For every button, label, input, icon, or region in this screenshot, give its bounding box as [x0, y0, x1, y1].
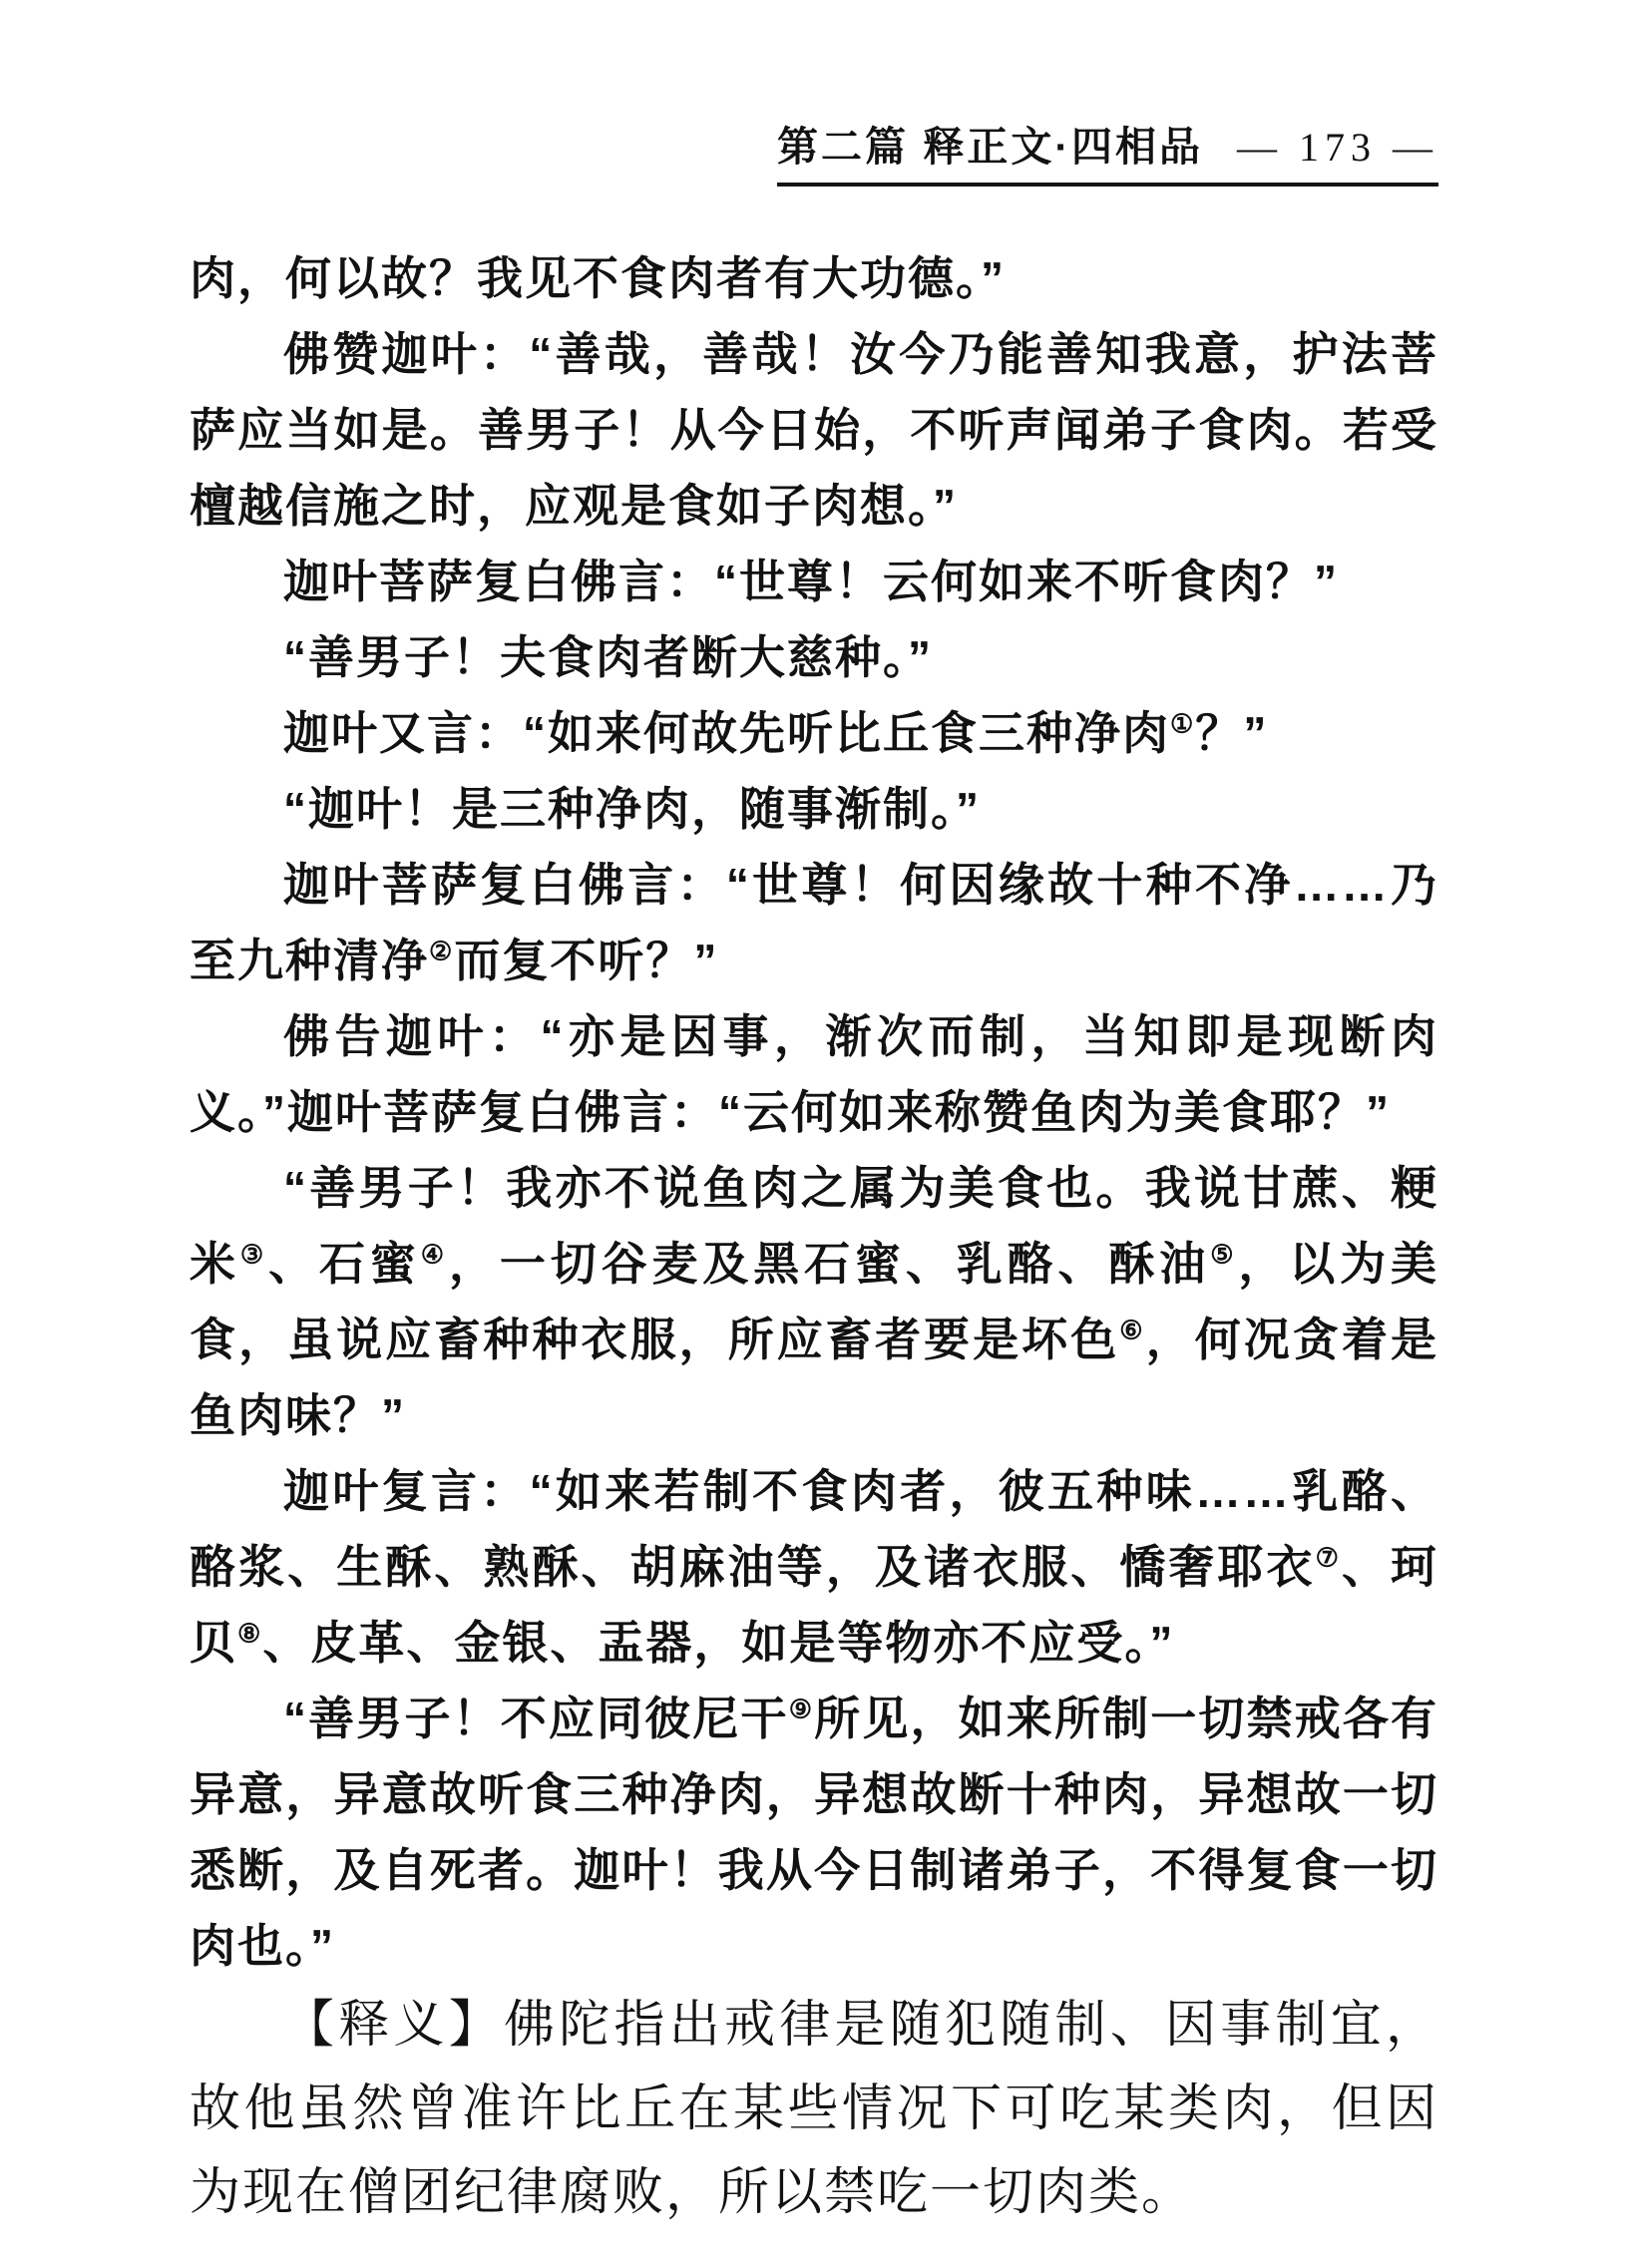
running-head-rule-block: 第二篇 释正文·四相品— 173 —: [777, 114, 1438, 187]
page-number: — 173 —: [1237, 125, 1438, 170]
footnote-ref: ③: [240, 1240, 268, 1270]
footnote-ref: ⑨: [789, 1695, 814, 1724]
commentary-paragraph: 【释义】佛陀指出戒律是随犯随制、因事制宜，故他虽然曾准许比丘在某些情况下可吃某类…: [190, 1984, 1438, 2235]
sutra-paragraph: 迦叶又言：“如来何故先听比丘食三种净肉①？”: [190, 695, 1438, 771]
sutra-paragraph: “善男子！不应同彼尼干⑨所见，如来所制一切禁戒各有异意，异意故听食三种净肉，异想…: [190, 1681, 1438, 1984]
chapter-title: 第二篇 释正文·四相品: [777, 124, 1203, 170]
footnote-ref: ⑦: [1316, 1543, 1342, 1573]
sutra-paragraph: “迦叶！是三种净肉，随事渐制。”: [190, 771, 1438, 847]
running-head: 第二篇 释正文·四相品— 173 —: [190, 0, 1438, 187]
text-column: 第二篇 释正文·四相品— 173 — 肉，何以故？我见不食肉者有大功德。”佛赞迦…: [190, 0, 1438, 2235]
sutra-paragraph: 迦叶菩萨复白佛言：“世尊！云何如来不听食肉？”: [190, 544, 1438, 619]
sutra-paragraph: “善男子！夫食肉者断大慈种。”: [190, 619, 1438, 695]
footnote-ref: ②: [429, 937, 454, 966]
sutra-paragraph: 迦叶复言：“如来若制不食肉者，彼五种味……乳酪、酪浆、生酥、熟酥、胡麻油等，及诸…: [190, 1453, 1438, 1681]
footnote-ref: ①: [1170, 709, 1195, 739]
footnote-ref: ⑧: [237, 1619, 262, 1649]
book-page: 第二篇 释正文·四相品— 173 — 肉，何以故？我见不食肉者有大功德。”佛赞迦…: [0, 0, 1628, 2268]
footnote-ref: ⑤: [1210, 1240, 1238, 1270]
footnote-ref: ④: [421, 1240, 449, 1270]
sutra-paragraph: 肉，何以故？我见不食肉者有大功德。”: [190, 240, 1438, 316]
sutra-paragraph: 佛赞迦叶：“善哉，善哉！汝今乃能善知我意，护法菩萨应当如是。善男子！从今日始，不…: [190, 316, 1438, 544]
body-text-column: 肉，何以故？我见不食肉者有大功德。”佛赞迦叶：“善哉，善哉！汝今乃能善知我意，护…: [190, 187, 1438, 2235]
sutra-paragraph: “善男子！我亦不说鱼肉之属为美食也。我说甘蔗、粳米③、石蜜④，一切谷麦及黑石蜜、…: [190, 1150, 1438, 1453]
sutra-paragraph: 佛告迦叶：“亦是因事，渐次而制，当知即是现断肉义。”迦叶菩萨复白佛言：“云何如来…: [190, 998, 1438, 1150]
sutra-paragraph: 迦叶菩萨复白佛言：“世尊！何因缘故十种不净……乃至九种清净②而复不听？”: [190, 847, 1438, 998]
footnote-ref: ⑥: [1119, 1316, 1145, 1345]
